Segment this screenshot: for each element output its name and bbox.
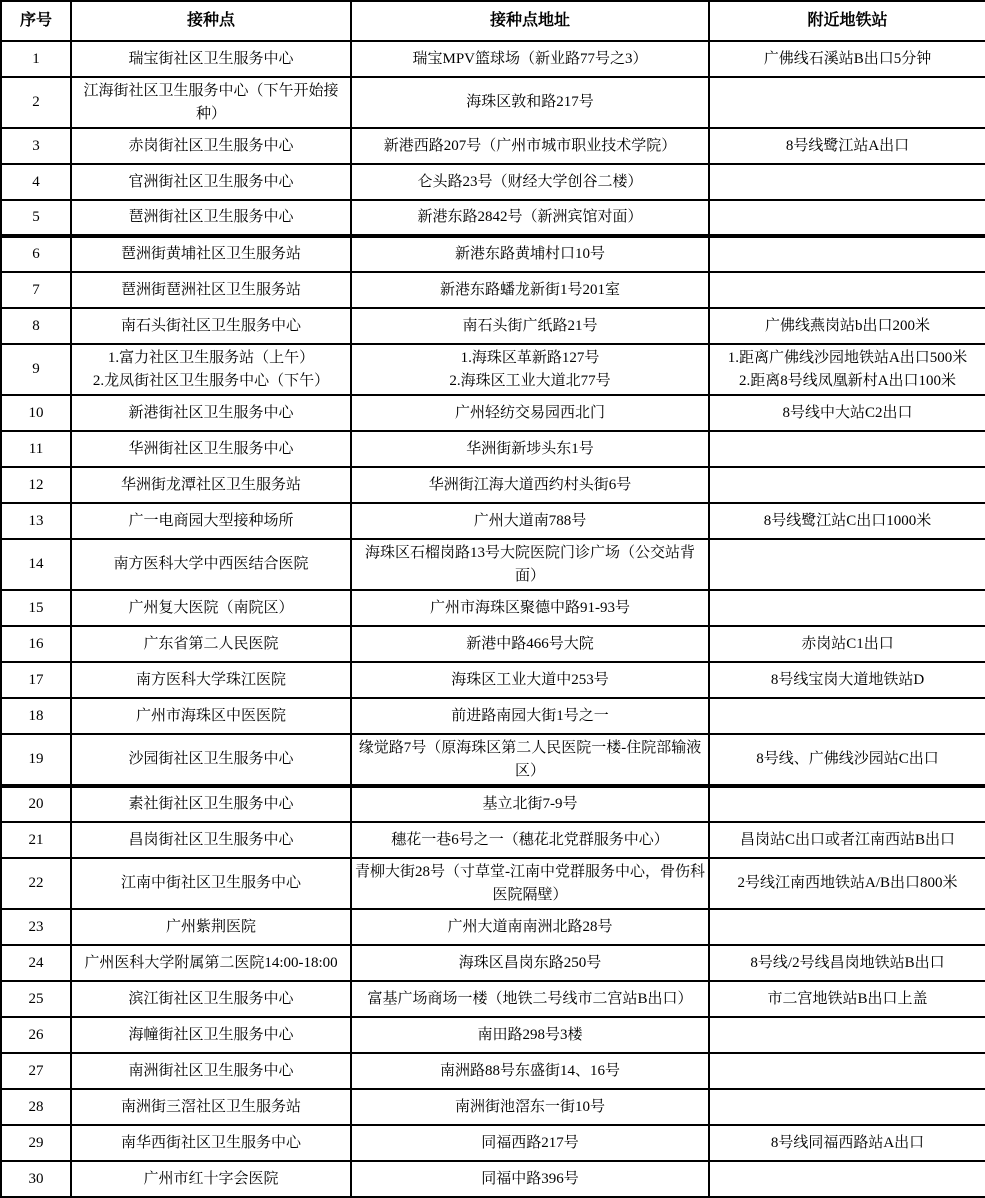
cell-address: 海珠区工业大道中253号 [351,662,709,698]
cell-serial-number: 4 [1,164,71,200]
cell-site: 南方医科大学珠江医院 [71,662,351,698]
cell-serial-number: 22 [1,858,71,909]
table-row: 17 南方医科大学珠江医院 海珠区工业大道中253号 8号线宝岗大道地铁站D [1,662,985,698]
cell-address: 缘觉路7号（原海珠区第二人民医院一楼-住院部输液区） [351,734,709,786]
cell-metro [709,236,985,272]
cell-address: 前进路南园大街1号之一 [351,698,709,734]
cell-metro: 8号线中大站C2出口 [709,395,985,431]
cell-address: 新港东路黄埔村口10号 [351,236,709,272]
cell-site: 海幢街社区卫生服务中心 [71,1017,351,1053]
table-row: 12 华洲街龙潭社区卫生服务站 华洲街江海大道西约村头街6号 [1,467,985,503]
cell-serial-number: 26 [1,1017,71,1053]
cell-site: 官洲街社区卫生服务中心 [71,164,351,200]
cell-metro [709,1053,985,1089]
table-row: 23 广州紫荆医院 广州大道南南洲北路28号 [1,909,985,945]
cell-site: 琶洲街琶洲社区卫生服务站 [71,272,351,308]
cell-address: 新港东路2842号（新洲宾馆对面） [351,200,709,236]
cell-address: 新港西路207号（广州市城市职业技术学院） [351,128,709,164]
cell-metro: 8号线同福西路站A出口 [709,1125,985,1161]
cell-site: 广州复大医院（南院区） [71,590,351,626]
cell-serial-number: 25 [1,981,71,1017]
cell-serial-number: 10 [1,395,71,431]
table-row: 1 瑞宝街社区卫生服务中心 瑞宝MPV篮球场（新业路77号之3） 广佛线石溪站B… [1,41,985,77]
cell-address: 南石头街广纸路21号 [351,308,709,344]
cell-metro [709,539,985,590]
table-row: 27 南洲街社区卫生服务中心 南洲路88号东盛街14、16号 [1,1053,985,1089]
table-row: 16 广东省第二人民医院 新港中路466号大院 赤岗站C1出口 [1,626,985,662]
table-row: 14 南方医科大学中西医结合医院 海珠区石榴岗路13号大院医院门诊广场（公交站背… [1,539,985,590]
table-row: 19 沙园街社区卫生服务中心 缘觉路7号（原海珠区第二人民医院一楼-住院部输液区… [1,734,985,786]
cell-site: 华洲街龙潭社区卫生服务站 [71,467,351,503]
cell-serial-number: 9 [1,344,71,395]
cell-site: 南方医科大学中西医结合医院 [71,539,351,590]
cell-address: 广州轻纺交易园西北门 [351,395,709,431]
cell-serial-number: 19 [1,734,71,786]
cell-serial-number: 6 [1,236,71,272]
cell-serial-number: 23 [1,909,71,945]
cell-site: 南洲街社区卫生服务中心 [71,1053,351,1089]
cell-serial-number: 18 [1,698,71,734]
cell-metro: 8号线鹭江站C出口1000米 [709,503,985,539]
table-row: 8 南石头街社区卫生服务中心 南石头街广纸路21号 广佛线燕岗站b出口200米 [1,308,985,344]
cell-metro [709,200,985,236]
cell-address: 南洲街池滘东一街10号 [351,1089,709,1125]
cell-site: 广东省第二人民医院 [71,626,351,662]
cell-serial-number: 15 [1,590,71,626]
cell-metro [709,909,985,945]
header-row: 序号 接种点 接种点地址 附近地铁站 [1,1,985,41]
cell-serial-number: 21 [1,822,71,858]
cell-address: 新港东路蟠龙新街1号201室 [351,272,709,308]
cell-serial-number: 14 [1,539,71,590]
cell-site: 广一电商园大型接种场所 [71,503,351,539]
cell-serial-number: 30 [1,1161,71,1197]
table-row: 4 官洲街社区卫生服务中心 仑头路23号（财经大学创谷二楼） [1,164,985,200]
cell-metro: 广佛线燕岗站b出口200米 [709,308,985,344]
cell-serial-number: 28 [1,1089,71,1125]
cell-metro [709,786,985,822]
cell-address: 海珠区石榴岗路13号大院医院门诊广场（公交站背面） [351,539,709,590]
cell-serial-number: 5 [1,200,71,236]
cell-site: 琶洲街黄埔社区卫生服务站 [71,236,351,272]
table-row: 10 新港街社区卫生服务中心 广州轻纺交易园西北门 8号线中大站C2出口 [1,395,985,431]
cell-site: 江南中街社区卫生服务中心 [71,858,351,909]
cell-serial-number: 12 [1,467,71,503]
cell-address: 南田路298号3楼 [351,1017,709,1053]
cell-serial-number: 24 [1,945,71,981]
cell-site: 瑞宝街社区卫生服务中心 [71,41,351,77]
table-row: 22 江南中街社区卫生服务中心 青柳大街28号（寸草堂-江南中党群服务中心，骨伤… [1,858,985,909]
cell-site: 南洲街三滘社区卫生服务站 [71,1089,351,1125]
cell-metro: 8号线/2号线昌岗地铁站B出口 [709,945,985,981]
cell-metro [709,77,985,128]
cell-serial-number: 11 [1,431,71,467]
cell-serial-number: 20 [1,786,71,822]
table-row: 26 海幢街社区卫生服务中心 南田路298号3楼 [1,1017,985,1053]
cell-address: 华洲街江海大道西约村头街6号 [351,467,709,503]
cell-metro [709,467,985,503]
cell-address: 南洲路88号东盛街14、16号 [351,1053,709,1089]
cell-metro: 2号线江南西地铁站A/B出口800米 [709,858,985,909]
table-row: 11 华洲街社区卫生服务中心 华洲街新埗头东1号 [1,431,985,467]
cell-metro [709,1017,985,1053]
cell-address: 穗花一巷6号之一（穗花北党群服务中心） [351,822,709,858]
cell-serial-number: 17 [1,662,71,698]
table-row: 30 广州市红十字会医院 同福中路396号 [1,1161,985,1197]
table-row: 29 南华西街社区卫生服务中心 同福西路217号 8号线同福西路站A出口 [1,1125,985,1161]
table-row: 18 广州市海珠区中医医院 前进路南园大街1号之一 [1,698,985,734]
cell-address: 海珠区昌岗东路250号 [351,945,709,981]
cell-address: 青柳大街28号（寸草堂-江南中党群服务中心，骨伤科医院隔壁） [351,858,709,909]
cell-serial-number: 1 [1,41,71,77]
cell-serial-number: 2 [1,77,71,128]
cell-site: 华洲街社区卫生服务中心 [71,431,351,467]
cell-address: 广州大道南南洲北路28号 [351,909,709,945]
cell-serial-number: 7 [1,272,71,308]
cell-site: 广州医科大学附属第二医院14:00-18:00 [71,945,351,981]
col-header-serial-number: 序号 [1,1,71,41]
cell-site: 南华西街社区卫生服务中心 [71,1125,351,1161]
cell-site: 琶洲街社区卫生服务中心 [71,200,351,236]
cell-site: 沙园街社区卫生服务中心 [71,734,351,786]
cell-address: 海珠区敦和路217号 [351,77,709,128]
cell-address: 同福西路217号 [351,1125,709,1161]
cell-metro: 昌岗站C出口或者江南西站B出口 [709,822,985,858]
table-row: 15 广州复大医院（南院区） 广州市海珠区聚德中路91-93号 [1,590,985,626]
cell-site: 素社街社区卫生服务中心 [71,786,351,822]
cell-address: 瑞宝MPV篮球场（新业路77号之3） [351,41,709,77]
cell-serial-number: 3 [1,128,71,164]
table-row: 24 广州医科大学附属第二医院14:00-18:00 海珠区昌岗东路250号 8… [1,945,985,981]
cell-serial-number: 16 [1,626,71,662]
cell-metro: 市二宫地铁站B出口上盖 [709,981,985,1017]
cell-site: 赤岗街社区卫生服务中心 [71,128,351,164]
col-header-site: 接种点 [71,1,351,41]
table-row: 6 琶洲街黄埔社区卫生服务站 新港东路黄埔村口10号 [1,236,985,272]
cell-metro [709,1161,985,1197]
cell-site: 新港街社区卫生服务中心 [71,395,351,431]
cell-address: 广州市海珠区聚德中路91-93号 [351,590,709,626]
cell-address: 1.海珠区革新路127号 2.海珠区工业大道北77号 [351,344,709,395]
table-row: 7 琶洲街琶洲社区卫生服务站 新港东路蟠龙新街1号201室 [1,272,985,308]
cell-metro: 8号线宝岗大道地铁站D [709,662,985,698]
cell-site: 广州市红十字会医院 [71,1161,351,1197]
cell-metro: 1.距离广佛线沙园地铁站A出口500米 2.距离8号线凤凰新村A出口100米 [709,344,985,395]
cell-metro [709,1089,985,1125]
cell-address: 基立北街7-9号 [351,786,709,822]
cell-metro [709,164,985,200]
cell-address: 华洲街新埗头东1号 [351,431,709,467]
vaccination-sites-table: 序号 接种点 接种点地址 附近地铁站 1 瑞宝街社区卫生服务中心 瑞宝MPV篮球… [0,0,985,1198]
cell-address: 仑头路23号（财经大学创谷二楼） [351,164,709,200]
cell-address: 同福中路396号 [351,1161,709,1197]
col-header-address: 接种点地址 [351,1,709,41]
table-row: 28 南洲街三滘社区卫生服务站 南洲街池滘东一街10号 [1,1089,985,1125]
cell-address: 广州大道南788号 [351,503,709,539]
table-body: 1 瑞宝街社区卫生服务中心 瑞宝MPV篮球场（新业路77号之3） 广佛线石溪站B… [1,41,985,1197]
cell-site: 南石头街社区卫生服务中心 [71,308,351,344]
table-row: 9 1.富力社区卫生服务站（上午） 2.龙凤街社区卫生服务中心（下午） 1.海珠… [1,344,985,395]
cell-site: 江海街社区卫生服务中心（下午开始接种） [71,77,351,128]
table-row: 20 素社街社区卫生服务中心 基立北街7-9号 [1,786,985,822]
cell-metro: 8号线鹭江站A出口 [709,128,985,164]
cell-site: 昌岗街社区卫生服务中心 [71,822,351,858]
table-row: 3 赤岗街社区卫生服务中心 新港西路207号（广州市城市职业技术学院） 8号线鹭… [1,128,985,164]
cell-site: 滨江街社区卫生服务中心 [71,981,351,1017]
cell-metro [709,272,985,308]
table-row: 13 广一电商园大型接种场所 广州大道南788号 8号线鹭江站C出口1000米 [1,503,985,539]
cell-metro [709,590,985,626]
cell-metro [709,698,985,734]
cell-metro: 赤岗站C1出口 [709,626,985,662]
cell-serial-number: 27 [1,1053,71,1089]
cell-site: 1.富力社区卫生服务站（上午） 2.龙凤街社区卫生服务中心（下午） [71,344,351,395]
table-row: 5 琶洲街社区卫生服务中心 新港东路2842号（新洲宾馆对面） [1,200,985,236]
cell-metro: 广佛线石溪站B出口5分钟 [709,41,985,77]
table-row: 25 滨江街社区卫生服务中心 富基广场商场一楼（地铁二号线市二宫站B出口） 市二… [1,981,985,1017]
cell-serial-number: 13 [1,503,71,539]
cell-metro [709,431,985,467]
table-row: 2 江海街社区卫生服务中心（下午开始接种） 海珠区敦和路217号 [1,77,985,128]
cell-serial-number: 29 [1,1125,71,1161]
cell-address: 富基广场商场一楼（地铁二号线市二宫站B出口） [351,981,709,1017]
col-header-metro: 附近地铁站 [709,1,985,41]
cell-site: 广州紫荆医院 [71,909,351,945]
cell-address: 新港中路466号大院 [351,626,709,662]
cell-serial-number: 8 [1,308,71,344]
cell-metro: 8号线、广佛线沙园站C出口 [709,734,985,786]
table-row: 21 昌岗街社区卫生服务中心 穗花一巷6号之一（穗花北党群服务中心） 昌岗站C出… [1,822,985,858]
cell-site: 广州市海珠区中医医院 [71,698,351,734]
